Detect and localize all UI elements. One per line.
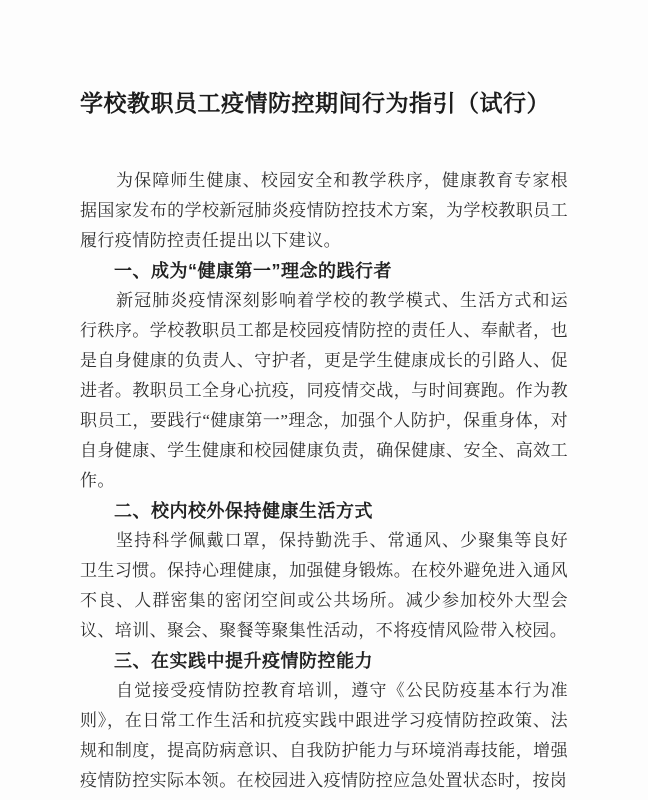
document-content: 学校教职员工疫情防控期间行为指引（试行） 为保障师生健康、校园安全和教学秩序，健…: [0, 88, 648, 796]
scanned-document-page: 学校教职员工疫情防控期间行为指引（试行） 为保障师生健康、校园安全和教学秩序，健…: [0, 0, 648, 800]
section-3-paragraph: 自觉接受疫情防控教育培训，遵守《公民防疫基本行为准则》，在日常工作生活和抗疫实践…: [80, 676, 568, 796]
section-heading-1: 一、成为“健康第一”理念的践行者: [80, 256, 568, 286]
section-2-paragraph: 坚持科学佩戴口罩，保持勤洗手、常通风、少聚集等良好卫生习惯。保持心理健康，加强健…: [80, 526, 568, 646]
document-title: 学校教职员工疫情防控期间行为指引（试行）: [80, 88, 568, 120]
section-1-paragraph: 新冠肺炎疫情深刻影响着学校的教学模式、生活方式和运行秩序。学校教职员工都是校园疫…: [80, 286, 568, 496]
section-heading-2: 二、校内校外保持健康生活方式: [80, 496, 568, 526]
section-heading-3: 三、在实践中提升疫情防控能力: [80, 646, 568, 676]
intro-paragraph: 为保障师生健康、校园安全和教学秩序，健康教育专家根据国家发布的学校新冠肺炎疫情防…: [80, 166, 568, 256]
